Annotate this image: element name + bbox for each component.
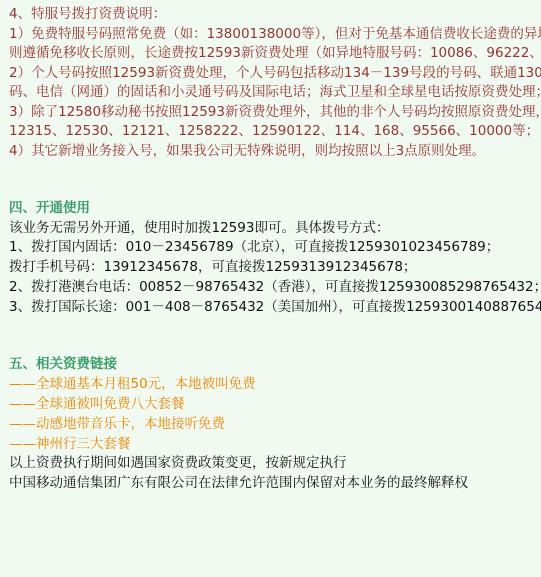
notice-line: 码、电信（网通）的固话和小灵通号码及国际电话；海式卫星和全球星电话按原资费处理； — [9, 83, 537, 103]
activation-section-heading: 四、开通使用 — [9, 199, 537, 219]
dial-instruction-hk-macau-taiwan: 2、拨打港澳台电话：00852－98765432（香港），可直接拨1259300… — [9, 278, 537, 298]
activation-intro: 该业务无需另外开通，使用时加拨12593即可。具体拨号方式： — [9, 219, 537, 239]
special-service-notice-block: 4、特服号拨打资费说明： 1）免费特服号码照常免费（如：13800138000等… — [9, 5, 537, 161]
dial-instruction-mobile: 拨打手机号码：13912345678，可直接拨1259313912345678； — [9, 258, 537, 278]
fee-link-easyown-packages[interactable]: ——神州行三大套餐 — [9, 434, 537, 454]
notice-line: 12315、12530、12121、1258222、12590122、114、1… — [9, 122, 537, 142]
fee-link-mzone-music-card[interactable]: ——动感地带音乐卡，本地接听免费 — [9, 414, 537, 434]
notice-line: 4）其它新增业务接入号，如果我公司无特殊说明，则均按照以上3点原则处理。 — [9, 142, 537, 162]
policy-change-note: 以上资费执行期间如遇国家资费政策变更，按新规定执行 — [9, 454, 537, 474]
notice-line: 3）除了12580移动秘书按照12593新资费处理外，其他的非个人号码均按照原资… — [9, 103, 537, 123]
notice-line: 则遵循免移收长原则，长途费按12593新资费处理（如异地特服号码：10086、9… — [9, 44, 537, 64]
dial-instruction-international: 3、拨打国际长途：001－408－8765432（美国加州），可直接拨12593… — [9, 298, 537, 318]
fee-link-gotone-monthly-rent[interactable]: ——全球通基本月租50元，本地被叫免费 — [9, 374, 537, 394]
fee-link-gotone-free-incoming-packages[interactable]: ——全球通被叫免费八大套餐 — [9, 394, 537, 414]
notice-line: 2）个人号码按照12593新资费处理，个人号码包括移动134－139号段的号码、… — [9, 64, 537, 84]
activation-section: 四、开通使用 该业务无需另外开通，使用时加拨12593即可。具体拨号方式： 1、… — [9, 199, 537, 317]
links-section-heading: 五、相关资费链接 — [9, 354, 537, 374]
dial-instruction-domestic-landline: 1、拨打国内固话：010－23456789（北京），可直接拨1259301023… — [9, 238, 537, 258]
special-service-title: 4、特服号拨打资费说明： — [9, 5, 537, 25]
final-interpretation-disclaimer: 中国移动通信集团广东有限公司在法律允许范围内保留对本业务的最终解释权 — [9, 474, 537, 494]
notice-line: 1）免费特服号码照常免费（如：13800138000等），但对于免基本通信费收长… — [9, 25, 537, 45]
related-fee-links-section: 五、相关资费链接 ——全球通基本月租50元，本地被叫免费 ——全球通被叫免费八大… — [9, 354, 537, 454]
fee-document: 4、特服号拨打资费说明： 1）免费特服号码照常免费（如：13800138000等… — [0, 0, 541, 493]
